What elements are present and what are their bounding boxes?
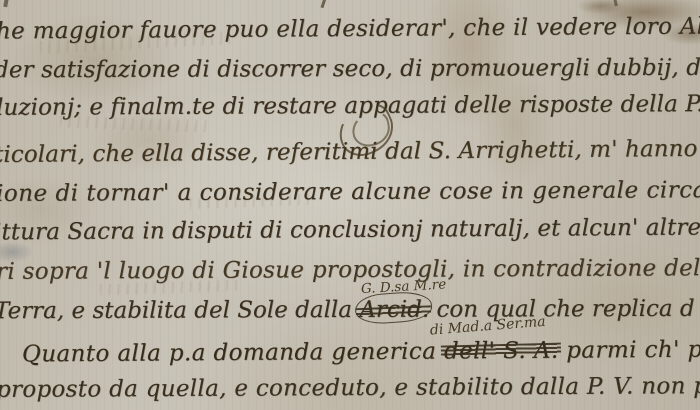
struck-out-word: G. D.sa M.reArcid. bbox=[359, 295, 429, 325]
line-text: luzionj; e finalm.te di restare appagati… bbox=[0, 91, 700, 121]
cut-descender-mark bbox=[321, 0, 327, 8]
manuscript-line-9: Quanto alla p.a domanda generica di Mad.… bbox=[22, 335, 700, 370]
manuscript-page: he maggior fauore puo ella desiderar', c… bbox=[0, 0, 700, 410]
manuscript-line-2: der satisfazione di discorrer seco, di p… bbox=[0, 53, 700, 86]
line-text: ittura Sacra in disputi di conclusionj n… bbox=[0, 215, 700, 246]
line-text: proposto da quella, e conceduto, e stabi… bbox=[0, 373, 700, 403]
struck-out-word: di Mad.a Ser.madell' S. A. bbox=[444, 336, 559, 367]
struck-text: dell' S. A. bbox=[444, 338, 559, 365]
line-text: ri sopra 'l luogo di Giosue propostogli,… bbox=[0, 255, 700, 285]
line-text: ione di tornar' a considerare alcune cos… bbox=[0, 177, 700, 207]
cut-descender-mark bbox=[613, 0, 618, 6]
manuscript-line-4: ticolari, che ella disse, referitimi dal… bbox=[0, 134, 698, 170]
line-text: Quanto alla p.a domanda generica bbox=[22, 339, 444, 368]
manuscript-line-3: luzionj; e finalm.te di restare appagati… bbox=[0, 89, 700, 123]
line-text: der satisfazione di discorrer seco, di p… bbox=[0, 55, 700, 84]
line-text: he maggior fauore puo ella desiderar', c… bbox=[0, 13, 700, 44]
manuscript-line-1: he maggior fauore puo ella desiderar', c… bbox=[0, 11, 700, 46]
manuscript-line-7: ri sopra 'l luogo di Giosue propostogli,… bbox=[0, 253, 700, 287]
manuscript-line-6: ittura Sacra in disputi di conclusionj n… bbox=[0, 213, 700, 248]
cut-descender-mark bbox=[3, 0, 9, 7]
interlinear-correction: G. D.sa M.re bbox=[361, 277, 447, 296]
line-text: ticolari, che ella disse, referitimi dal… bbox=[0, 136, 698, 168]
manuscript-line-10: proposto da quella, e conceduto, e stabi… bbox=[0, 371, 700, 405]
line-text: parmi ch' pru bbox=[558, 337, 700, 364]
manuscript-line-8: Terra, e stabilita del Sole dalla G. D.s… bbox=[0, 294, 695, 326]
manuscript-line-5: ione di tornar' a considerare alcune cos… bbox=[0, 175, 700, 209]
struck-text: Arcid. bbox=[359, 297, 429, 323]
line-text: Terra, e stabilita del Sole dalla bbox=[0, 297, 359, 324]
